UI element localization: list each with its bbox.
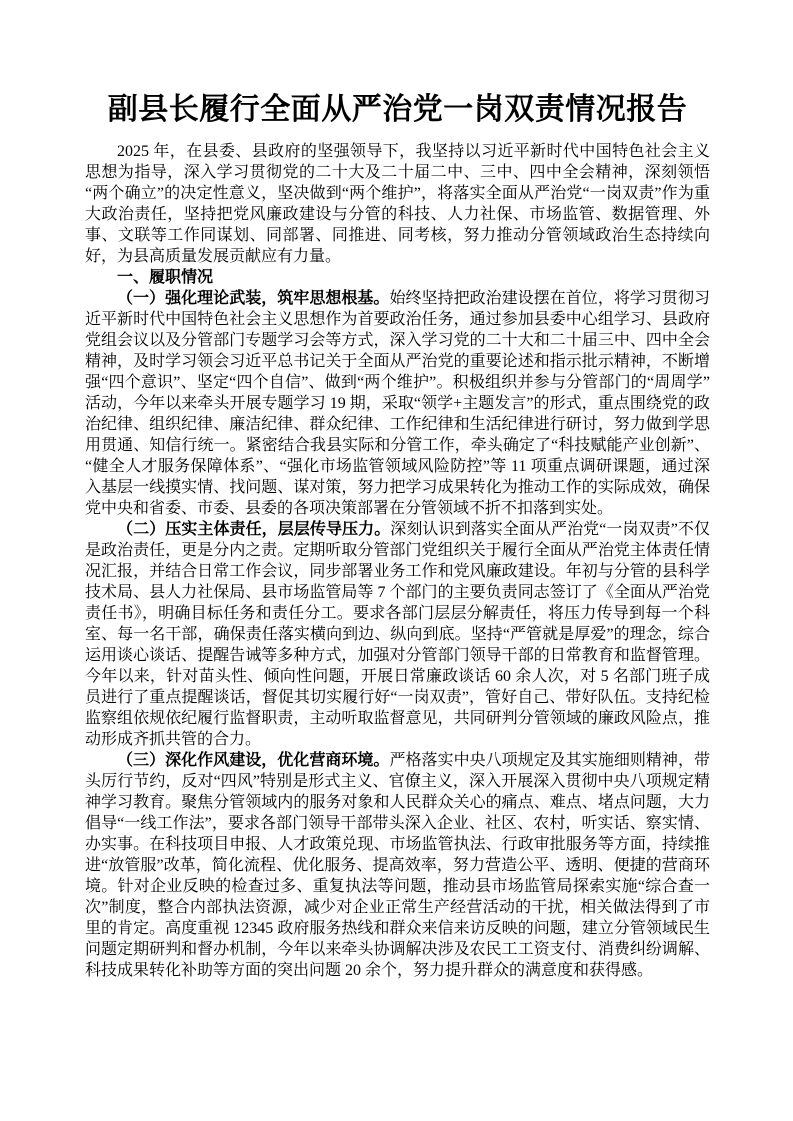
document-title: 副县长履行全面从严治党一岗双责情况报告 [85, 88, 710, 132]
section-heading-performance: 一、履职情况 [85, 267, 710, 288]
paragraph-section-1: （一）强化理论武装，筑牢思想根基。始终坚持把政治建设摆在首位，将学习贯彻习近平新… [85, 288, 710, 519]
paragraph-1-text: 始终坚持把政治建设摆在首位，将学习贯彻习近平新时代中国特色社会主义思想作为首要政… [85, 290, 710, 517]
intro-paragraph: 2025 年，在县委、县政府的坚强领导下，我坚持以习近平新时代中国特色社会主义思… [85, 141, 710, 267]
paragraph-2-lead: （二）压实主体责任，层层传导压力。 [117, 521, 390, 538]
paragraph-2-text: 深刻认识到落实全面从严治党“一岗双责”不仅是政治责任，更是分内之责。定期听取分管… [85, 521, 710, 748]
paragraph-section-3: （三）深化作风建设，优化营商环境。严格落实中央八项规定及其实施细则精神，带头厉行… [85, 750, 710, 981]
paragraph-section-2: （二）压实主体责任，层层传导压力。深刻认识到落实全面从严治党“一岗双责”不仅是政… [85, 519, 710, 750]
document-page: 副县长履行全面从严治党一岗双责情况报告 2025 年，在县委、县政府的坚强领导下… [0, 0, 793, 1121]
paragraph-1-lead: （一）强化理论武装，筑牢思想根基。 [117, 290, 389, 307]
paragraph-3-text: 严格落实中央八项规定及其实施细则精神，带头厉行节约，反对“四风”特别是形式主义、… [85, 752, 710, 979]
paragraph-3-lead: （三）深化作风建设，优化营商环境。 [117, 752, 389, 769]
